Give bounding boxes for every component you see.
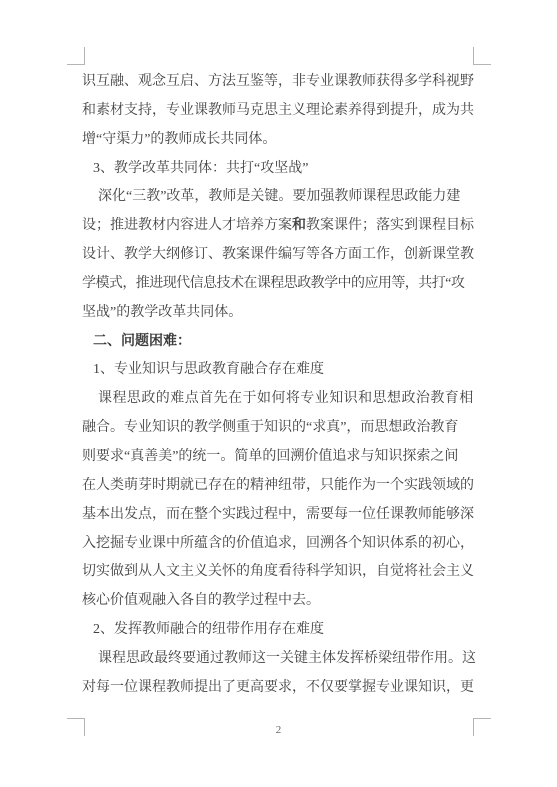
text-line: 课程思政的难点首先在于如何将专业知识和思想政治教育相 <box>82 385 476 414</box>
text-line: 和素材支持，专业课教师马克思主义理论素养得到提升，成为共 <box>82 97 476 126</box>
text-line: 切实做到从人文主义关怀的角度看待科学知识，自觉将社会主义 <box>82 558 476 587</box>
text-line: 增“守渠力”的教师成长共同体。 <box>82 126 476 155</box>
text-line: 对每一位课程教师提出了更高要求，不仅要掌握专业课知识，更 <box>82 674 476 703</box>
text-segment: 设；推进教材内容进人才培养方案 <box>82 218 292 233</box>
text-line: 在人类萌芽时期就已存在的精神纽带，只能作为一个实践领域的 <box>82 472 476 501</box>
document-body-text: 识互融、观念互启、方法互鉴等，非专业课教师获得多学科视野 和素材支持，专业课教师… <box>82 68 476 703</box>
list-item-heading: 3、教学改革共同体：共打“攻坚战” <box>82 155 476 184</box>
text-line: 基本出发点，而在整个实践过程中，需要每一位任课教师能够深 <box>82 501 476 530</box>
text-line: 融合。专业知识的教学侧重于知识的“求真”，而思想政治教育 <box>82 414 476 443</box>
section-heading: 二、问题困难： <box>82 328 476 357</box>
text-line: 学模式，推进现代信息技术在课程思政教学中的应用等，共打“攻 <box>82 270 476 299</box>
text-line: 课程思政最终要通过教师这一关键主体发挥桥梁纽带作用。这 <box>82 645 476 674</box>
text-line: 核心价值观融入各自的教学过程中去。 <box>82 587 476 616</box>
bold-inserted-text: 和 <box>292 218 306 233</box>
margin-crop-mark-top-right <box>473 47 491 65</box>
page-number: 2 <box>0 724 557 736</box>
text-line: 设计、教学大纲修订、教案课件编写等各方面工作，创新课堂教 <box>82 241 476 270</box>
text-line: 则要求“真善美”的统一。简单的回溯价值追求与知识探索之间 <box>82 443 476 472</box>
list-item-heading: 1、专业知识与思政教育融合存在难度 <box>82 356 476 385</box>
text-line: 深化“三教”改革，教师是关键。要加强教师课程思政能力建 <box>82 183 476 212</box>
margin-crop-mark-top-left <box>67 47 85 65</box>
text-line: 设；推进教材内容进人才培养方案和教案课件；落实到课程目标 <box>82 212 476 241</box>
document-page: 识互融、观念互启、方法互鉴等，非专业课教师获得多学科视野 和素材支持，专业课教师… <box>0 0 557 787</box>
list-item-heading: 2、发挥教师融合的纽带作用存在难度 <box>82 616 476 645</box>
text-line: 坚战”的教学改革共同体。 <box>82 299 476 328</box>
text-line: 入挖掘专业课中所蕴含的价值追求，回溯各个知识体系的初心， <box>82 530 476 559</box>
text-line: 识互融、观念互启、方法互鉴等，非专业课教师获得多学科视野 <box>82 68 476 97</box>
text-segment: 教案课件；落实到课程目标 <box>306 218 474 233</box>
